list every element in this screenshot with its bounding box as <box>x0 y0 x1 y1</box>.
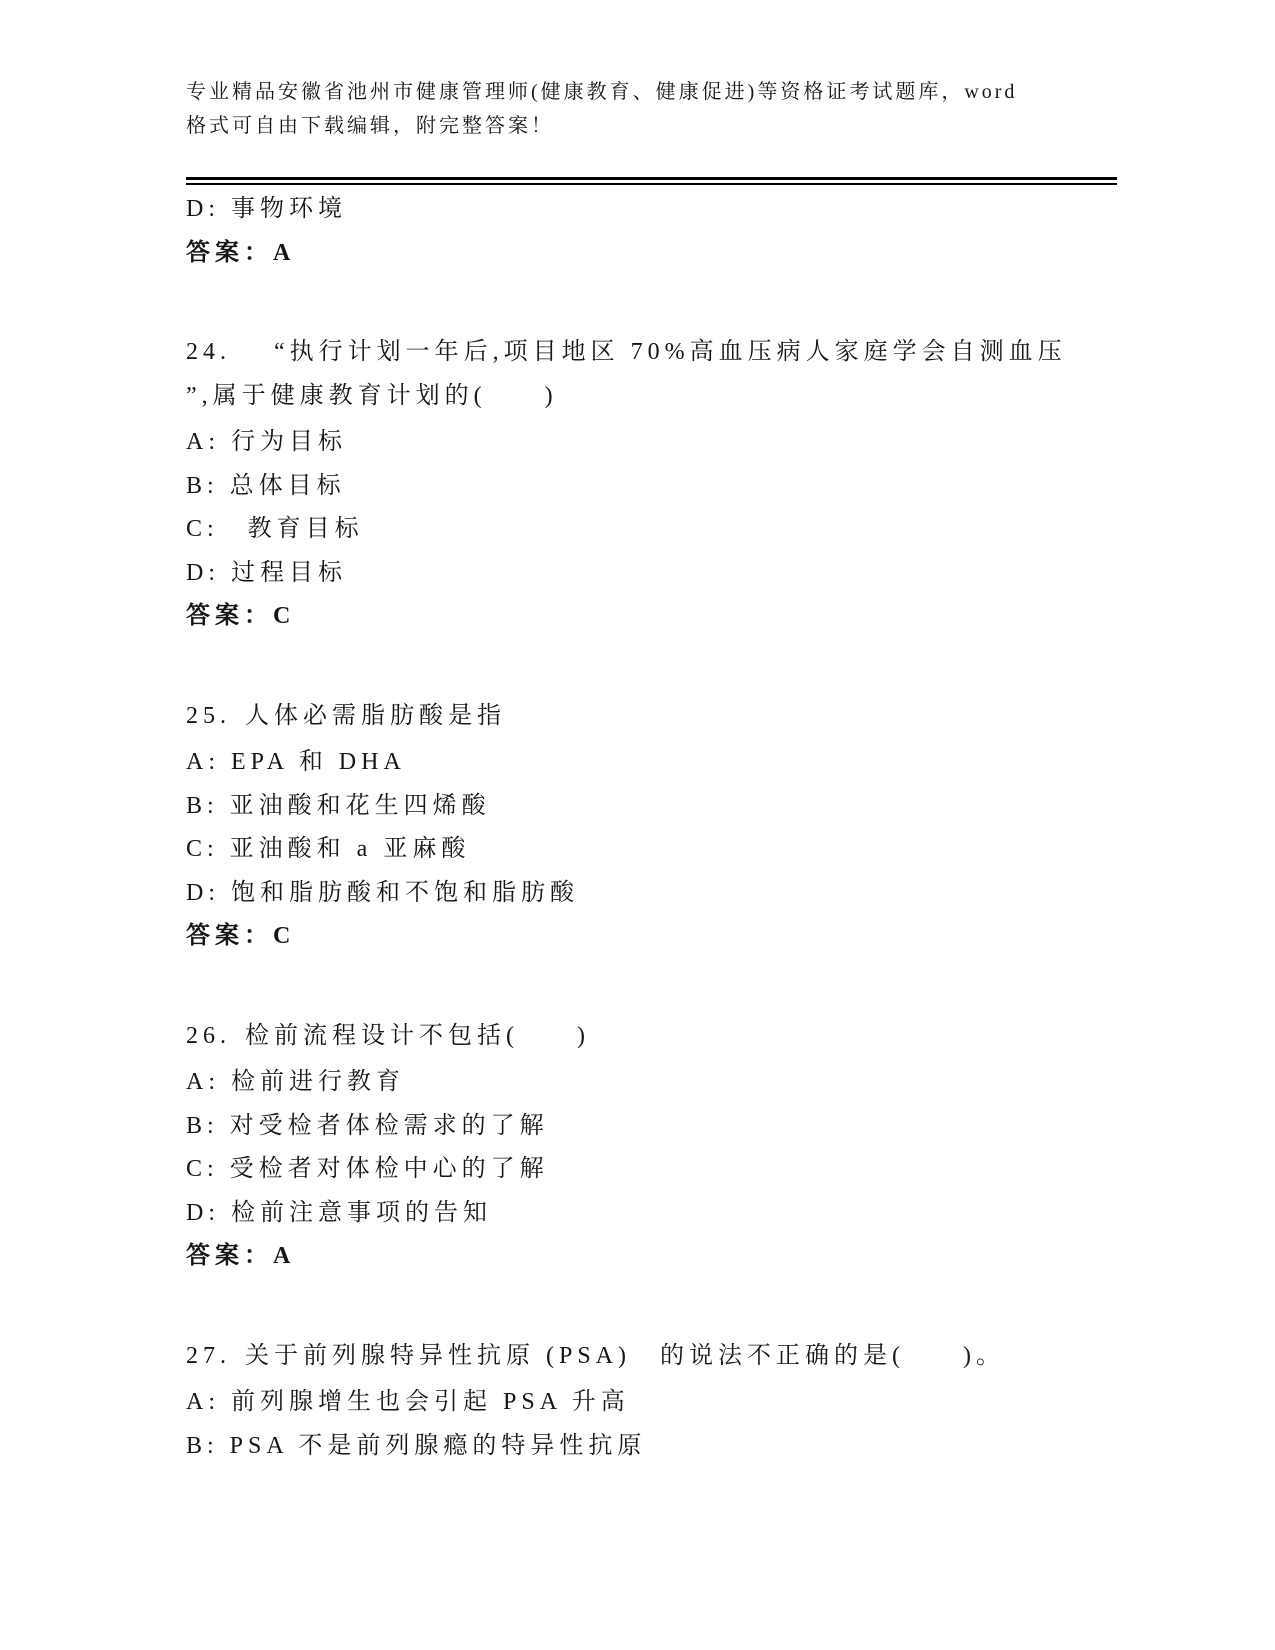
prev-question-option-d: D: 事物环境 <box>186 188 1117 232</box>
question-27-text-line-1: 27.关于前列腺特异性抗原 (PSA) 的说法不正确的是( )。 <box>186 1335 1117 1379</box>
header-disclaimer-line-1: 专业精品安徽省池州市健康管理师(健康教育、健康促进)等资格证考试题库，word <box>186 75 1117 109</box>
question-26-stem: 检前流程设计不包括( ) <box>245 1023 590 1049</box>
header-divider <box>186 177 1117 185</box>
question-26-answer: 答案：A <box>186 1235 1117 1279</box>
question-25-option-b: B: 亚油酸和花生四烯酸 <box>186 785 1117 829</box>
question-27-option-a: A: 前列腺增生也会引起 PSA 升高 <box>186 1381 1117 1425</box>
question-24: 24. “执行计划一年后,项目地区 70%高血压病人家庭学会自测血压 ”,属于健… <box>186 331 1117 639</box>
page-header: 专业精品安徽省池州市健康管理师(健康教育、健康促进)等资格证考试题库，word … <box>186 75 1117 185</box>
question-25-text-line-1: 25.人体必需脂肪酸是指 <box>186 695 1117 739</box>
question-24-option-a: A: 行为目标 <box>186 421 1117 465</box>
question-25-answer: 答案：C <box>186 915 1117 959</box>
question-26-option-d: D: 检前注意事项的告知 <box>186 1192 1117 1236</box>
question-27-text: 27.关于前列腺特异性抗原 (PSA) 的说法不正确的是( )。 <box>186 1335 1117 1379</box>
question-27-stem: 关于前列腺特异性抗原 (PSA) 的说法不正确的是( )。 <box>245 1343 1005 1369</box>
question-25-option-c: C: 亚油酸和 a 亚麻酸 <box>186 828 1117 872</box>
question-26-option-a: A: 检前进行教育 <box>186 1061 1117 1105</box>
question-24-number: 24. <box>186 331 231 375</box>
document-page: 专业精品安徽省池州市健康管理师(健康教育、健康促进)等资格证考试题库，word … <box>0 0 1275 1650</box>
question-27-number: 27. <box>186 1335 231 1379</box>
question-24-text: 24. “执行计划一年后,项目地区 70%高血压病人家庭学会自测血压 ”,属于健… <box>186 331 1117 418</box>
question-25: 25.人体必需脂肪酸是指 A: EPA 和 DHA B: 亚油酸和花生四烯酸 C… <box>186 695 1117 959</box>
question-24-stem: “执行计划一年后,项目地区 70%高血压病人家庭学会自测血压 <box>245 339 1067 365</box>
question-25-option-a: A: EPA 和 DHA <box>186 741 1117 785</box>
question-26-number: 26. <box>186 1015 231 1059</box>
question-24-text-line-2: ”,属于健康教育计划的( ) <box>186 375 1117 419</box>
question-26: 26.检前流程设计不包括( ) A: 检前进行教育 B: 对受检者体检需求的了解… <box>186 1015 1117 1279</box>
header-disclaimer-line-2: 格式可自由下载编辑，附完整答案！ <box>186 109 1117 143</box>
document-body: D: 事物环境 答案：A 24. “执行计划一年后,项目地区 70%高血压病人家… <box>186 188 1117 1468</box>
question-26-option-c: C: 受检者对体检中心的了解 <box>186 1148 1117 1192</box>
question-25-option-d: D: 饱和脂肪酸和不饱和脂肪酸 <box>186 872 1117 916</box>
page-content: 专业精品安徽省池州市健康管理师(健康教育、健康促进)等资格证考试题库，word … <box>186 75 1117 1468</box>
question-25-stem: 人体必需脂肪酸是指 <box>245 703 506 729</box>
question-26-option-b: B: 对受检者体检需求的了解 <box>186 1105 1117 1149</box>
question-27: 27.关于前列腺特异性抗原 (PSA) 的说法不正确的是( )。 A: 前列腺增… <box>186 1335 1117 1469</box>
question-24-text-line-1: 24. “执行计划一年后,项目地区 70%高血压病人家庭学会自测血压 <box>186 331 1117 375</box>
question-24-option-d: D: 过程目标 <box>186 552 1117 596</box>
question-26-text-line-1: 26.检前流程设计不包括( ) <box>186 1015 1117 1059</box>
question-27-option-b: B: PSA 不是前列腺瘾的特异性抗原 <box>186 1425 1117 1469</box>
question-24-option-c: C: 教育目标 <box>186 508 1117 552</box>
prev-question-answer: 答案：A <box>186 232 1117 276</box>
question-26-text: 26.检前流程设计不包括( ) <box>186 1015 1117 1059</box>
question-25-number: 25. <box>186 695 231 739</box>
question-24-option-b: B: 总体目标 <box>186 465 1117 509</box>
question-25-text: 25.人体必需脂肪酸是指 <box>186 695 1117 739</box>
question-24-answer: 答案：C <box>186 595 1117 639</box>
